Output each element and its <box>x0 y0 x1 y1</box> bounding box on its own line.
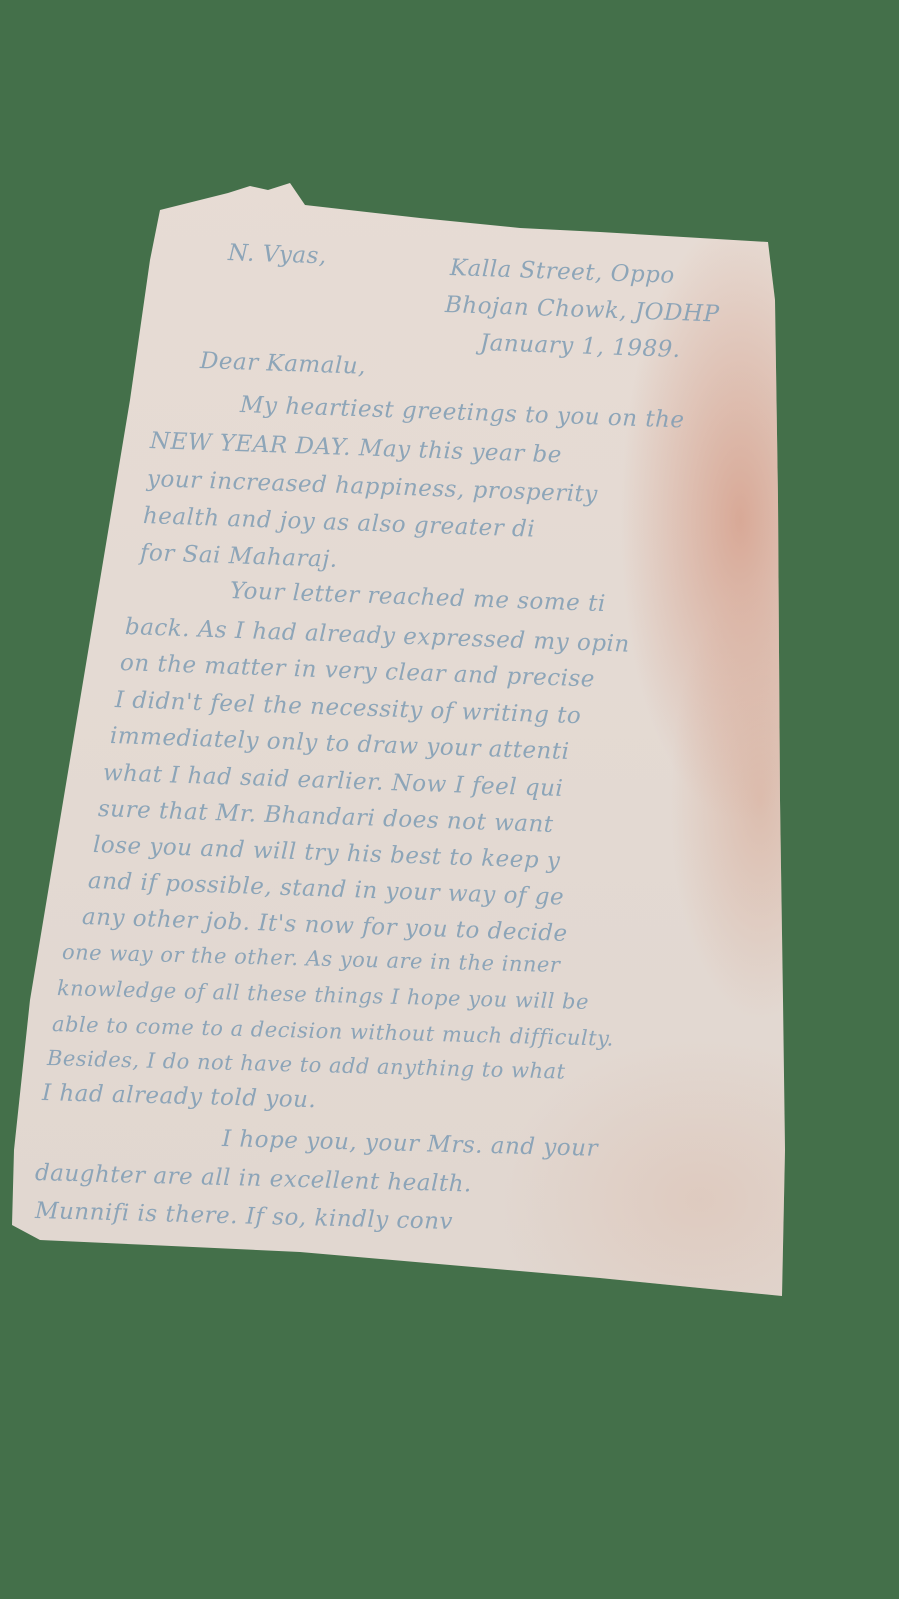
body-line: I hope you, your Mrs. and your <box>222 1126 599 1162</box>
body-line: Your letter reached me some ti <box>230 578 607 617</box>
body-line: I didn't feel the necessity of writing t… <box>115 687 582 729</box>
body-line: on the matter in very clear and precise <box>120 650 596 693</box>
sender-name: N. Vyas, <box>228 240 328 269</box>
body-line: your increased happiness, prosperity <box>147 466 599 508</box>
body-line: what I had said earlier. Now I feel qui <box>103 760 564 802</box>
letter-date: January 1, 1989. <box>480 330 681 363</box>
body-line: back. As I had already expressed my opin <box>125 614 631 658</box>
body-line: health and joy as also greater di <box>143 503 536 543</box>
body-line: any other job. It's now for you to decid… <box>82 904 568 947</box>
body-line: Munnifi is there. If so, kindly conv <box>35 1198 454 1235</box>
address-line-1: Kalla Street, Oppo <box>450 255 676 289</box>
body-line: and if possible, stand in your way of ge <box>88 868 565 911</box>
body-line: for Sai Maharaj. <box>140 540 339 573</box>
body-line: immediately only to draw your attenti <box>110 723 570 765</box>
body-line: Besides, I do not have to add anything t… <box>47 1046 566 1084</box>
body-line: able to come to a decision without much … <box>52 1012 614 1051</box>
body-line: daughter are all in excellent health. <box>35 1160 472 1197</box>
address-line-2: Bhojan Chowk, JODHP <box>445 292 720 328</box>
body-line: NEW YEAR DAY. May this year be <box>150 428 563 468</box>
body-line: one way or the other. As you are in the … <box>62 940 561 977</box>
salutation: Dear Kamalu, <box>200 348 367 380</box>
body-line: lose you and will try his best to keep y <box>93 832 561 874</box>
body-line: My heartiest greetings to you on the <box>240 392 685 434</box>
body-line: knowledge of all these things I hope you… <box>57 976 590 1014</box>
body-line: sure that Mr. Bhandari does not want <box>98 796 554 838</box>
handwritten-letter: N. Vyas, Kalla Street, Oppo Bhojan Chowk… <box>0 0 899 1599</box>
body-line: I had already told you. <box>42 1080 317 1113</box>
